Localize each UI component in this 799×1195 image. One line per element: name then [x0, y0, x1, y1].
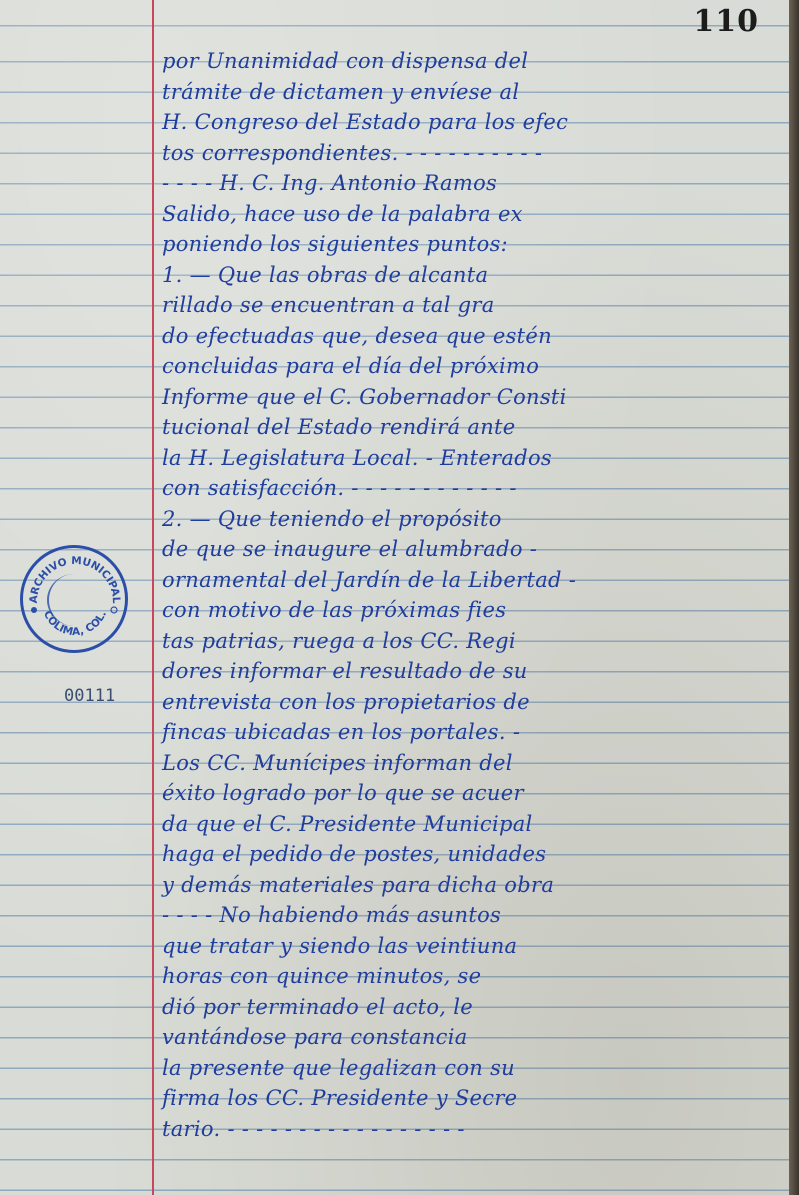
- text-line: do efectuadas que, desea que estén: [162, 321, 782, 352]
- text-line: dió por terminado el acto, le: [162, 992, 782, 1023]
- text-line: Los CC. Munícipes informan del: [162, 748, 782, 779]
- text-line: Salido, hace uso de la palabra ex: [162, 199, 782, 230]
- text-line: y demás materiales para dicha obra: [162, 870, 782, 901]
- text-line: da que el C. Presidente Municipal: [162, 809, 782, 840]
- text-line: poniendo los siguientes puntos:: [162, 229, 782, 260]
- text-line: horas con quince minutos, se: [162, 961, 782, 992]
- text-line: tario. - - - - - - - - - - - - - - - - -: [162, 1114, 782, 1145]
- stamp-star-right-icon: [111, 607, 117, 613]
- stamp-star-left-icon: [31, 607, 37, 613]
- book-binding-edge: [789, 0, 799, 1195]
- text-line: dores informar el resultado de su: [162, 656, 782, 687]
- text-line: 2. — Que teniendo el propósito: [162, 504, 782, 535]
- text-line: por Unanimidad con dispensa del: [162, 46, 782, 77]
- text-line: tucional del Estado rendirá ante: [162, 412, 782, 443]
- text-line: con satisfacción. - - - - - - - - - - - …: [162, 473, 782, 504]
- text-line: entrevista con los propietarios de: [162, 687, 782, 718]
- text-line: haga el pedido de postes, unidades: [162, 839, 782, 870]
- text-line: fincas ubicadas en los portales. -: [162, 717, 782, 748]
- text-line: tas patrias, ruega a los CC. Regi: [162, 626, 782, 657]
- red-margin-line: [152, 0, 154, 1195]
- stamp-bottom-text: COLIMA, COL.: [41, 609, 109, 638]
- svg-text:COLIMA, COL.: COLIMA, COL.: [41, 609, 109, 638]
- text-line: H. Congreso del Estado para los efec: [162, 107, 782, 138]
- stamp-top-text: ARCHIVO MUNICIPAL: [28, 555, 122, 604]
- archive-number: 00111: [64, 686, 115, 706]
- text-line: que tratar y siendo las veintiuna: [162, 931, 782, 962]
- text-line: firma los CC. Presidente y Secre: [162, 1083, 782, 1114]
- handwritten-text: por Unanimidad con dispensa del trámite …: [162, 46, 782, 1144]
- text-line: - - - - H. C. Ing. Antonio Ramos: [162, 168, 782, 199]
- text-line: tos correspondientes. - - - - - - - - - …: [162, 138, 782, 169]
- text-line: - - - - No habiendo más asuntos: [162, 900, 782, 931]
- text-line: vantándose para constancia: [162, 1022, 782, 1053]
- text-line: 1. — Que las obras de alcanta: [162, 260, 782, 291]
- text-line: Informe que el C. Gobernador Consti: [162, 382, 782, 413]
- text-line: ornamental del Jardín de la Libertad -: [162, 565, 782, 596]
- text-line: con motivo de las próximas fies: [162, 595, 782, 626]
- text-line: la H. Legislatura Local. - Enterados: [162, 443, 782, 474]
- text-line: concluidas para el día del próximo: [162, 351, 782, 382]
- svg-text:ARCHIVO MUNICIPAL: ARCHIVO MUNICIPAL: [28, 555, 122, 604]
- text-line: de que se inaugure el alumbrado -: [162, 534, 782, 565]
- archive-stamp: ARCHIVO MUNICIPAL COLIMA, COL.: [20, 545, 128, 653]
- text-line: trámite de dictamen y envíese al: [162, 77, 782, 108]
- folio-number: 110: [693, 4, 759, 39]
- text-line: rillado se encuentran a tal gra: [162, 290, 782, 321]
- ledger-page: 110 ARCHIVO MUNICIPAL COLIMA, COL. 00111…: [0, 0, 789, 1195]
- text-line: éxito logrado por lo que se acuer: [162, 778, 782, 809]
- stamp-text-ring-icon: ARCHIVO MUNICIPAL COLIMA, COL.: [23, 548, 125, 650]
- text-line: la presente que legalizan con su: [162, 1053, 782, 1084]
